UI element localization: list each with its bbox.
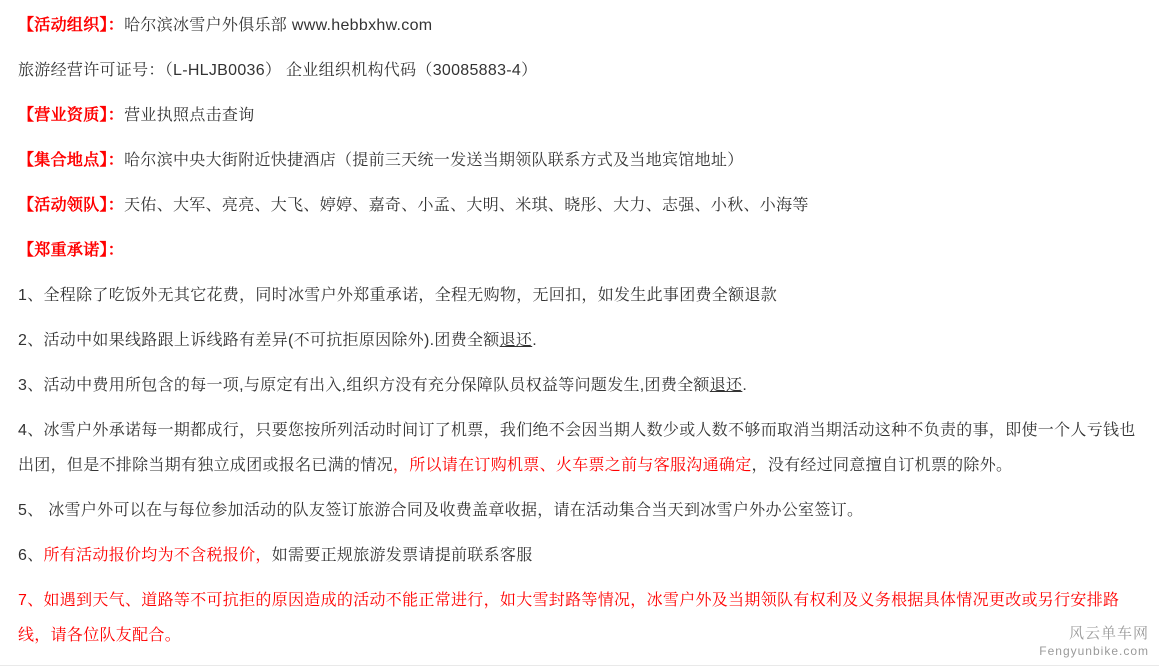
organizer-label: 【活动组织】： xyxy=(18,17,124,34)
meeting-point-line: 【集合地点】：哈尔滨中央大街附近快捷酒店（提前三天统一发送当期领队联系方式及当地… xyxy=(18,143,1141,178)
promise-item-3: 3、活动中费用所包含的每一项,与原定有出入,组织方没有充分保障队员权益等问题发生… xyxy=(18,368,1141,403)
promise-item-3-end: . xyxy=(742,377,747,394)
promise-item-1-text: 1、全程除了吃饭外无其它花费，同时冰雪户外郑重承诺，全程无购物，无回扣，如发生此… xyxy=(18,287,777,304)
license-check-link[interactable]: 点击查询 xyxy=(189,107,254,124)
promise-item-6-number: 6、 xyxy=(18,547,44,564)
leaders-text: 天佑、大军、亮亮、大飞、婷婷、嘉奇、小孟、大明、米琪、晓彤、大力、志强、小秋、小… xyxy=(124,197,809,214)
promise-item-6: 6、所有活动报价均为不含税报价，如需要正规旅游发票请提前联系客服 xyxy=(18,538,1141,573)
organizer-text: 哈尔滨冰雪户外俱乐部 www.hebbxhw.com xyxy=(124,17,432,34)
promise-item-2-refund-underline: 退还 xyxy=(500,332,533,349)
leaders-line: 【活动领队】：天佑、大军、亮亮、大飞、婷婷、嘉奇、小孟、大明、米琪、晓彤、大力、… xyxy=(18,188,1141,223)
license-text: 旅游经营许可证号：（L-HLJB0036） 企业组织机构代码（30085883-… xyxy=(18,62,537,79)
promise-item-6-red-warning: 所有活动报价均为不含税报价， xyxy=(44,547,272,564)
leaders-label: 【活动领队】： xyxy=(18,197,124,214)
promise-heading: 【郑重承诺】： xyxy=(18,233,1141,268)
promise-item-4: 4、冰雪户外承诺每一期都成行，只要您按所列活动时间订了机票，我们绝不会因当期人数… xyxy=(18,413,1141,483)
promise-item-7-text: 7、如遇到天气、道路等不可抗拒的原因造成的活动不能正常进行，如大雪封路等情况，冰… xyxy=(18,592,1119,644)
promise-item-5: 5、 冰雪户外可以在与每位参加活动的队友签订旅游合同及收费盖章收据，请在活动集合… xyxy=(18,493,1141,528)
promise-item-2: 2、活动中如果线路跟上诉线路有差异(不可抗拒原因除外).团费全额退还. xyxy=(18,323,1141,358)
meeting-point-label: 【集合地点】： xyxy=(18,152,124,169)
meeting-point-text: 哈尔滨中央大街附近快捷酒店（提前三天统一发送当期领队联系方式及当地宾馆地址） xyxy=(124,152,743,169)
promise-item-3-text: 3、活动中费用所包含的每一项,与原定有出入,组织方没有充分保障队员权益等问题发生… xyxy=(18,377,710,394)
qualification-text: 营业执照 xyxy=(124,107,189,124)
promise-item-6-end: 如需要正规旅游发票请提前联系客服 xyxy=(272,547,533,564)
watermark-site-name: 风云单车网 xyxy=(1039,625,1149,644)
promise-item-4-red-warning: ，所以请在订购机票、火车票之前与客服沟通确定 xyxy=(393,457,752,474)
promise-item-2-end: . xyxy=(532,332,537,349)
organizer-line: 【活动组织】：哈尔滨冰雪户外俱乐部 www.hebbxhw.com xyxy=(18,8,1141,43)
license-line: 旅游经营许可证号：（L-HLJB0036） 企业组织机构代码（30085883-… xyxy=(18,53,1141,88)
site-watermark: 风云单车网 Fengyunbike.com xyxy=(1039,625,1149,659)
promise-item-2-text: 2、活动中如果线路跟上诉线路有差异(不可抗拒原因除外).团费全额 xyxy=(18,332,500,349)
watermark-site-url: Fengyunbike.com xyxy=(1039,644,1149,659)
promise-item-3-refund-underline: 退还 xyxy=(710,377,743,394)
promise-item-4-end: ，没有经过同意擅自订机票的除外。 xyxy=(752,457,1013,474)
qualification-line: 【营业资质】：营业执照点击查询 xyxy=(18,98,1141,133)
promise-item-1: 1、全程除了吃饭外无其它花费，同时冰雪户外郑重承诺，全程无购物，无回扣，如发生此… xyxy=(18,278,1141,313)
promise-heading-label: 【郑重承诺】： xyxy=(18,242,124,259)
qualification-label: 【营业资质】： xyxy=(18,107,124,124)
promise-item-7: 7、如遇到天气、道路等不可抗拒的原因造成的活动不能正常进行，如大雪封路等情况，冰… xyxy=(18,583,1141,653)
activity-notice-document: 【活动组织】：哈尔滨冰雪户外俱乐部 www.hebbxhw.com 旅游经营许可… xyxy=(0,0,1159,666)
promise-item-5-text: 5、 冰雪户外可以在与每位参加活动的队友签订旅游合同及收费盖章收据，请在活动集合… xyxy=(18,502,863,519)
